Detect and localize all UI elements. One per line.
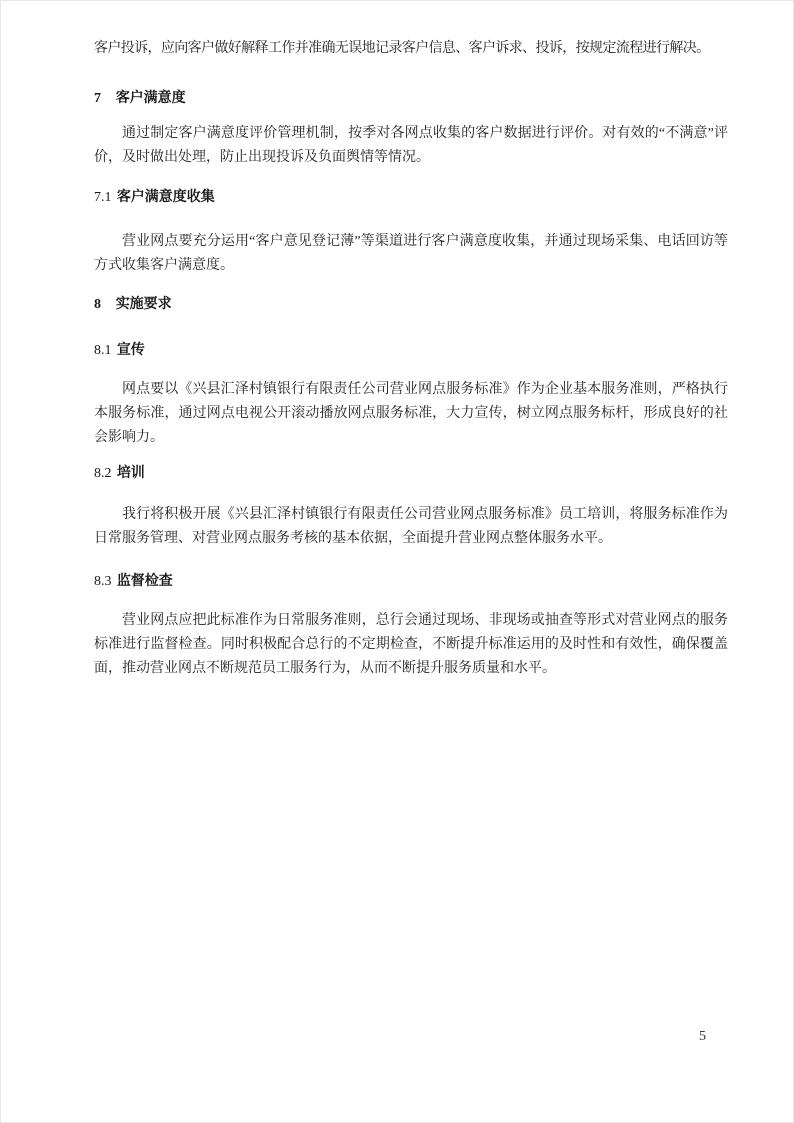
heading-8-3-supervision-inspection: 8.3监督检查 — [94, 568, 728, 594]
heading-8-implementation-requirements: 8实施要求 — [94, 291, 728, 317]
heading-8-2-training: 8.2培训 — [94, 460, 728, 486]
heading-number: 7 — [94, 91, 101, 106]
heading-title: 监督检查 — [117, 572, 173, 588]
paragraph-satisfaction-channels: 营业网点要充分运用“客户意见登记薄”等渠道进行客户满意度收集，并通过现场采集、电… — [94, 230, 728, 278]
document-page: 客户投诉，应向客户做好解释工作并准确无误地记录客户信息、客户诉求、投诉，按规定流… — [0, 0, 794, 1123]
heading-7-customer-satisfaction: 7客户满意度 — [94, 85, 728, 111]
document-content: 客户投诉，应向客户做好解释工作并准确无误地记录客户信息、客户诉求、投诉，按规定流… — [94, 37, 728, 681]
heading-title: 培训 — [117, 464, 145, 480]
heading-number: 8 — [94, 297, 101, 312]
heading-title: 客户满意度 — [116, 89, 186, 105]
heading-number: 8.2 — [94, 466, 112, 481]
heading-7-1-satisfaction-collection: 7.1客户满意度收集 — [94, 184, 728, 210]
paragraph-training-detail: 我行将积极开展《兴县汇泽村镇银行有限责任公司营业网点服务标准》员工培训，将服务标… — [94, 503, 728, 551]
paragraph-publicity-detail: 网点要以《兴县汇泽村镇银行有限责任公司营业网点服务标准》作为企业基本服务准则，严… — [94, 378, 728, 450]
page-number: 5 — [699, 1027, 706, 1047]
paragraph-satisfaction-evaluation: 通过制定客户满意度评价管理机制，按季对各网点收集的客户数据进行评价。对有效的“不… — [94, 122, 728, 170]
heading-number: 7.1 — [94, 190, 112, 205]
heading-number: 8.1 — [94, 343, 112, 358]
heading-8-1-publicity: 8.1宣传 — [94, 337, 728, 363]
heading-title: 客户满意度收集 — [117, 188, 215, 204]
heading-title: 实施要求 — [116, 295, 172, 311]
paragraph-complaint-handling-continuation: 客户投诉，应向客户做好解释工作并准确无误地记录客户信息、客户诉求、投诉，按规定流… — [94, 37, 728, 61]
heading-number: 8.3 — [94, 574, 112, 589]
paragraph-supervision-detail: 营业网点应把此标准作为日常服务准则，总行会通过现场、非现场或抽查等形式对营业网点… — [94, 609, 728, 681]
heading-title: 宣传 — [117, 341, 145, 357]
